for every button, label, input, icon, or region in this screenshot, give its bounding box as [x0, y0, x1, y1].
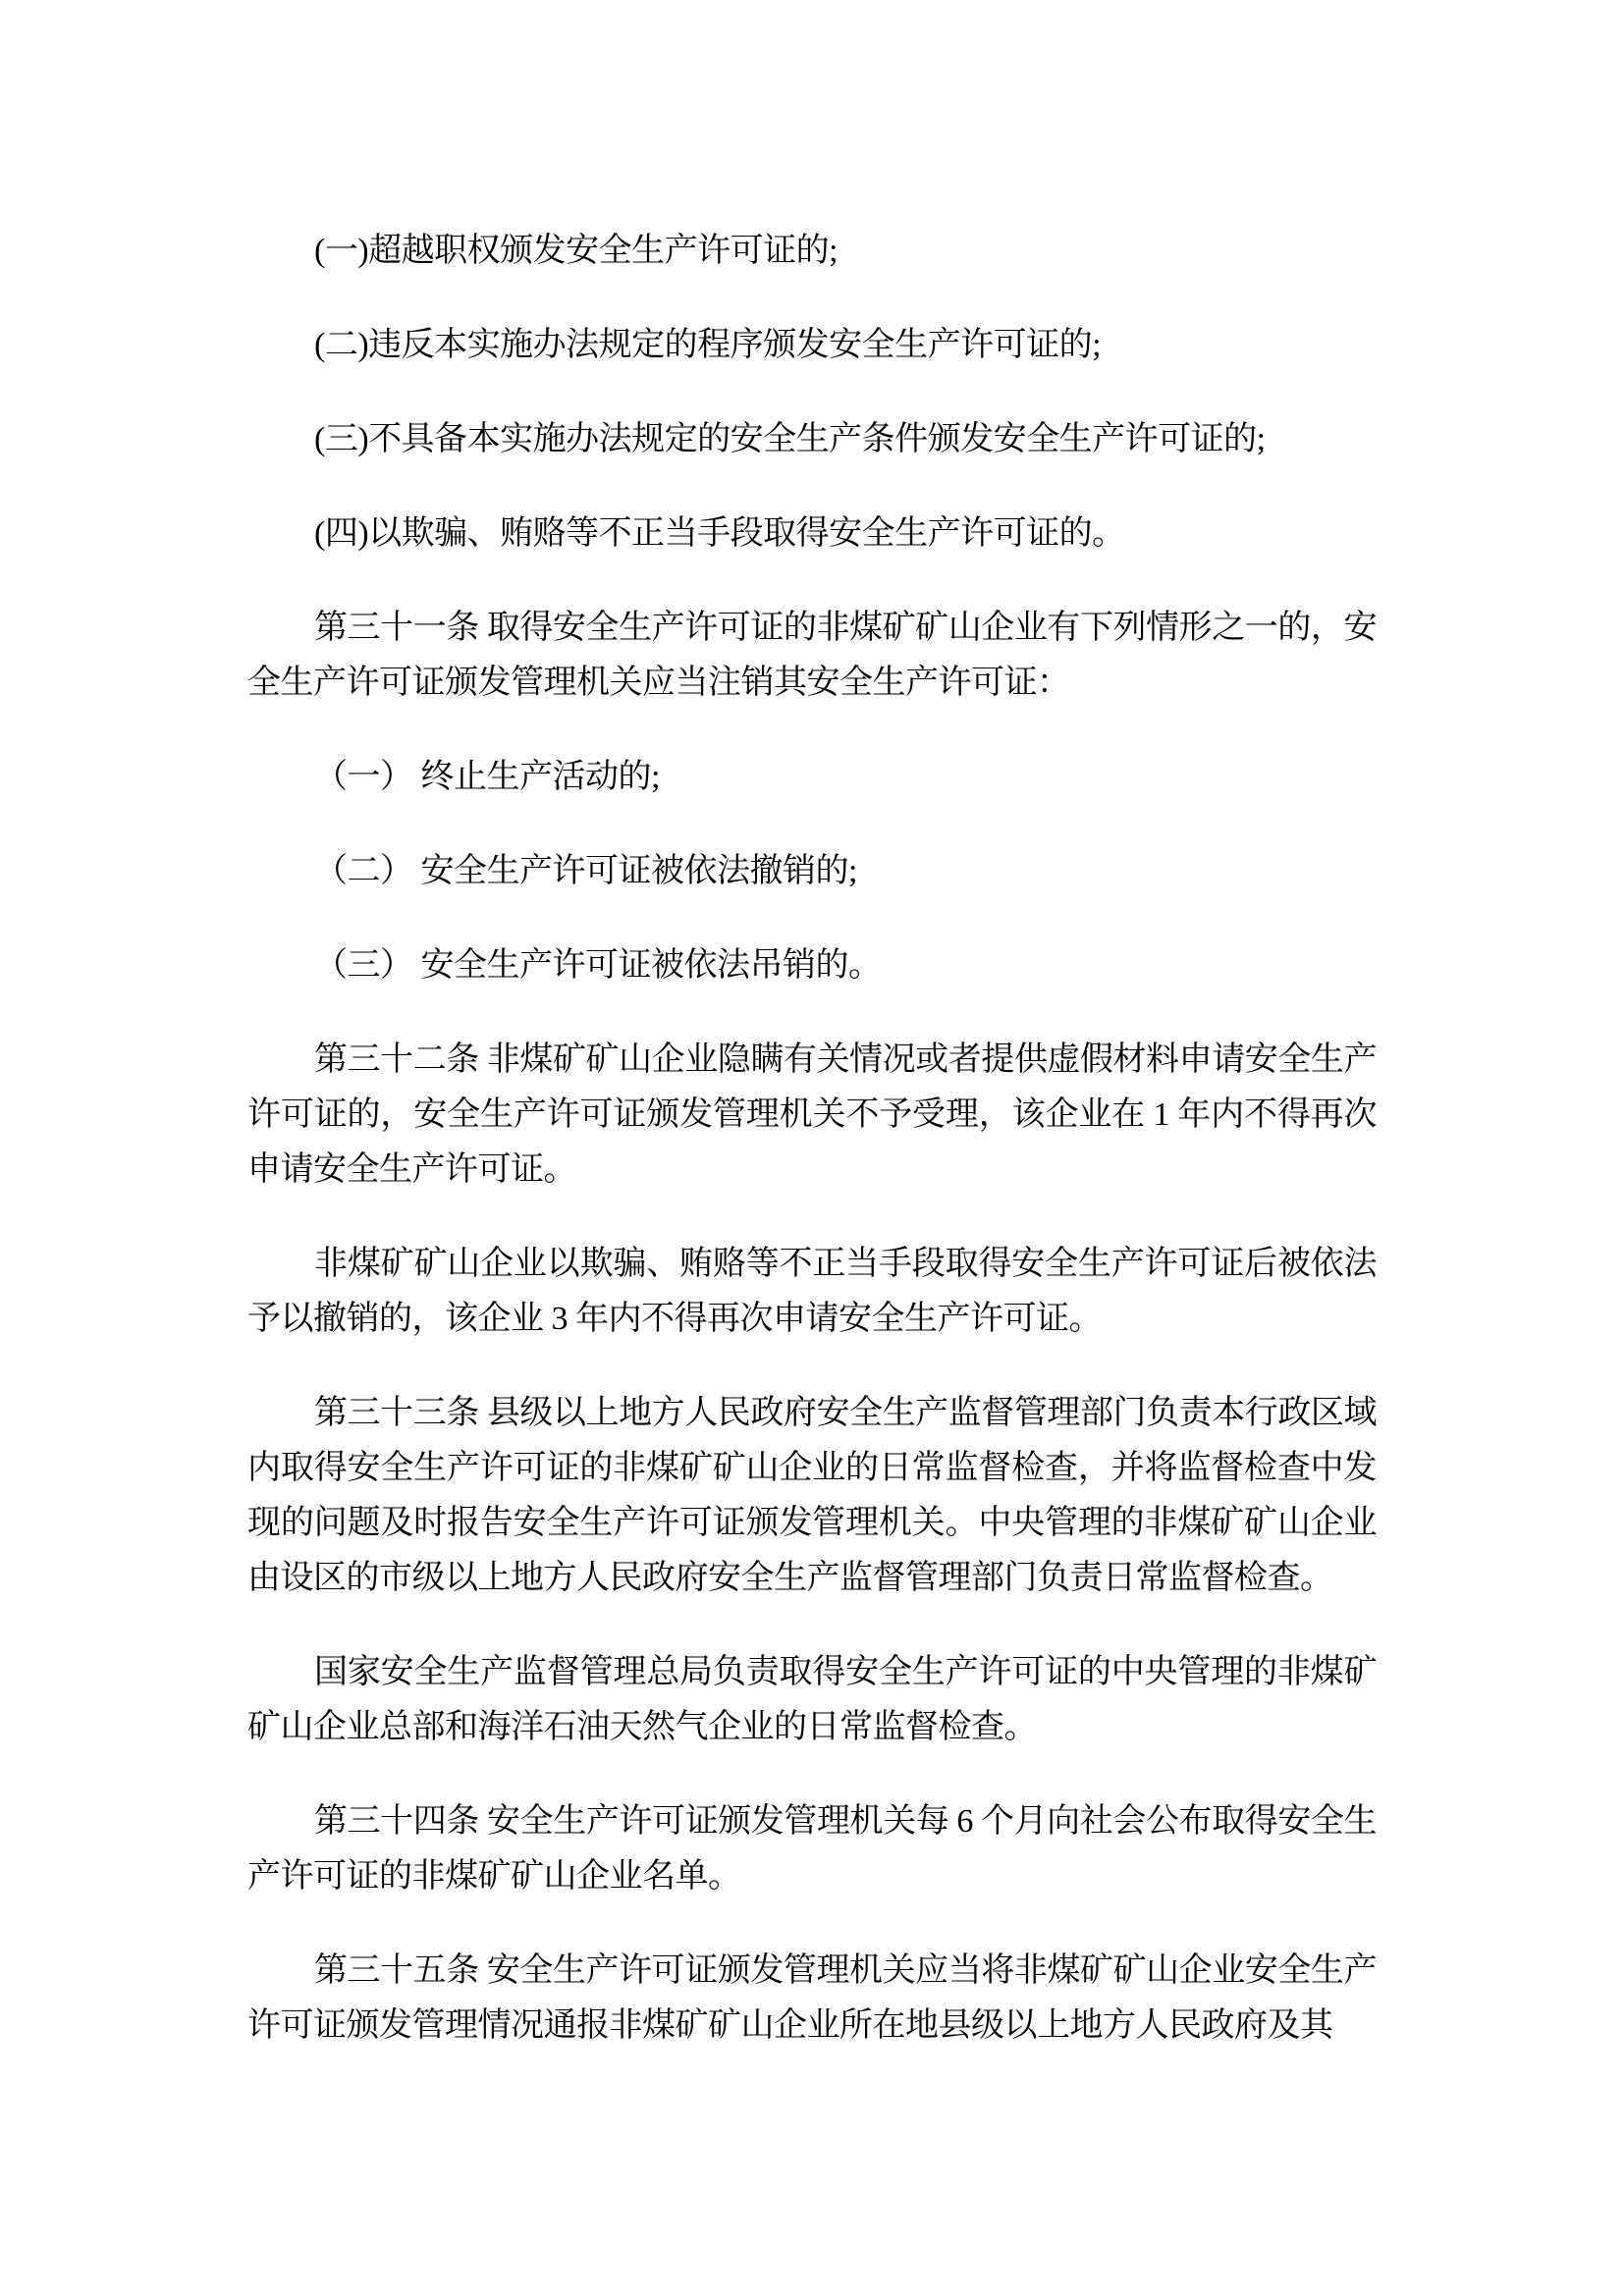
revoke-item-2: （二） 安全生产许可证被依法撤销的;	[247, 844, 1377, 899]
clause-item-1: (一)超越职权颁发安全生产许可证的;	[247, 224, 1377, 279]
clause-item-4: (四)以欺骗、贿赂等不正当手段取得安全生产许可证的。	[247, 507, 1377, 561]
revoke-item-3: （三） 安全生产许可证被依法吊销的。	[247, 938, 1377, 993]
document-body: (一)超越职权颁发安全生产许可证的; (二)违反本实施办法规定的程序颁发安全生产…	[247, 224, 1377, 2054]
revoke-item-1: （一） 终止生产活动的;	[247, 750, 1377, 805]
article-33-para-2: 国家安全生产监督管理总局负责取得安全生产许可证的中央管理的非煤矿矿山企业总部和海…	[247, 1645, 1377, 1755]
clause-item-2: (二)违反本实施办法规定的程序颁发安全生产许可证的;	[247, 318, 1377, 373]
clause-item-3: (三)不具备本实施办法规定的安全生产条件颁发安全生产许可证的;	[247, 412, 1377, 467]
article-33: 第三十三条 县级以上地方人民政府安全生产监督管理部门负责本行政区域内取得安全生产…	[247, 1386, 1377, 1606]
article-34: 第三十四条 安全生产许可证颁发管理机关每 6 个月向社会公布取得安全生产许可证的…	[247, 1794, 1377, 1904]
article-35: 第三十五条 安全生产许可证颁发管理机关应当将非煤矿矿山企业安全生产许可证颁发管理…	[247, 1944, 1377, 2054]
article-32: 第三十二条 非煤矿矿山企业隐瞒有关情况或者提供虚假材料申请安全生产许可证的，安全…	[247, 1033, 1377, 1198]
article-32-para-2: 非煤矿矿山企业以欺骗、贿赂等不正当手段取得安全生产许可证后被依法予以撤销的，该企…	[247, 1237, 1377, 1347]
article-31: 第三十一条 取得安全生产许可证的非煤矿矿山企业有下列情形之一的，安全生产许可证颁…	[247, 601, 1377, 711]
document-page: (一)超越职权颁发安全生产许可证的; (二)违反本实施办法规定的程序颁发安全生产…	[0, 0, 1624, 2296]
